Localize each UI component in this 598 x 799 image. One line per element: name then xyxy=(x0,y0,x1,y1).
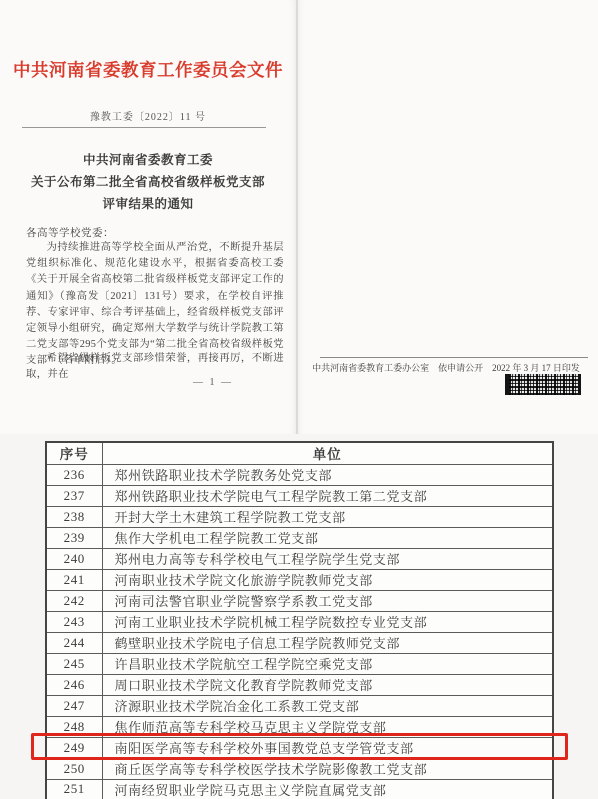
row-unit: 焦作大学机电工程学院教工党支部 xyxy=(102,527,553,548)
row-no: 242 xyxy=(46,590,102,611)
document-page-1: 中共河南省委教育工作委员会文件 豫教工委〔2022〕11 号 中共河南省委教育工… xyxy=(0,0,296,434)
row-unit: 商丘医学高等专科学校医学技术学院影像教工党支部 xyxy=(102,758,553,779)
document-number: 豫教工委〔2022〕11 号 xyxy=(0,108,296,123)
page1-paragraph-2: 希望省级样板党支部珍惜荣誉，再接再厉，不断进取，并在 xyxy=(26,351,284,383)
document-barcode xyxy=(505,374,581,395)
unit-list-table-section: 序号 单位 236郑州铁路职业技术学院教务处党支部 237郑州铁路职业技术学院电… xyxy=(45,441,554,799)
row-no: 248 xyxy=(46,716,102,737)
row-no: 240 xyxy=(46,548,102,569)
table-row: 239焦作大学机电工程学院教工党支部 xyxy=(46,527,553,548)
table-row: 242河南司法警官职业学院警察学系教工党支部 xyxy=(46,590,553,611)
row-no: 239 xyxy=(46,527,102,548)
table-row: 236郑州铁路职业技术学院教务处党支部 xyxy=(46,464,553,485)
table-row: 245许昌职业技术学院航空工程学院空乘党支部 xyxy=(46,653,553,674)
table-row: 243河南工业职业技术学院机械工程学院数控专业党支部 xyxy=(46,611,553,632)
row-unit: 开封大学土木建筑工程学院教工党支部 xyxy=(102,506,553,527)
row-no: 244 xyxy=(46,632,102,653)
row-no: 238 xyxy=(46,506,102,527)
header-rule xyxy=(22,127,266,128)
page2-footer: 中共河南省委教育工委办公室 依申请公开 2022 年 3 月 17 日印发 xyxy=(298,361,594,374)
row-unit: 南阳医学高等专科学校外事国教党总支学管党支部 xyxy=(102,737,553,758)
table-row: 244鹤壁职业技术学院电子信息工程学院教师党支部 xyxy=(46,632,553,653)
document-red-banner: 中共河南省委教育工作委员会文件 xyxy=(0,57,296,82)
table-row: 237郑州铁路职业技术学院电气工程学院教工第二党支部 xyxy=(46,485,553,506)
row-no: 247 xyxy=(46,695,102,716)
unit-table: 序号 单位 236郑州铁路职业技术学院教务处党支部 237郑州铁路职业技术学院电… xyxy=(45,441,554,799)
row-unit: 焦作师范高等专科学校马克思主义学院党支部 xyxy=(102,716,553,737)
row-unit: 济源职业技术学院冶金化工系教工党支部 xyxy=(102,695,553,716)
document-title: 中共河南省委教育工委 关于公布第二批全省高校省级样板党支部 评审结果的通知 xyxy=(0,149,296,215)
table-row: 240郑州电力高等专科学校电气工程学院学生党支部 xyxy=(46,548,553,569)
row-unit: 河南工业职业技术学院机械工程学院数控专业党支部 xyxy=(102,611,553,632)
row-unit: 河南经贸职业学院马克思主义学院直属党支部 xyxy=(102,779,553,799)
document-title-line1: 中共河南省委教育工委 xyxy=(0,149,296,171)
row-no: 236 xyxy=(46,464,102,485)
row-no: 237 xyxy=(46,485,102,506)
row-no: 241 xyxy=(46,569,102,590)
row-no: 249 xyxy=(46,737,102,758)
salutation: 各高等学校党委： xyxy=(26,225,114,240)
row-unit: 周口职业技术学院文化教育学院教师党支部 xyxy=(102,674,553,695)
table-row: 238开封大学土木建筑工程学院教工党支部 xyxy=(46,506,553,527)
document-title-line3: 评审结果的通知 xyxy=(0,193,296,215)
footer-rule xyxy=(320,357,588,358)
row-unit: 河南司法警官职业学院警察学系教工党支部 xyxy=(102,590,553,611)
table-row: 248焦作师范高等专科学校马克思主义学院党支部 xyxy=(46,716,553,737)
row-unit: 鹤壁职业技术学院电子信息工程学院教师党支部 xyxy=(102,632,553,653)
scanned-document-pages: 中共河南省委教育工作委员会文件 豫教工委〔2022〕11 号 中共河南省委教育工… xyxy=(0,0,598,434)
table-row: 246周口职业技术学院文化教育学院教师党支部 xyxy=(46,674,553,695)
row-unit: 河南职业技术学院文化旅游学院教师党支部 xyxy=(102,569,553,590)
row-unit: 郑州铁路职业技术学院电气工程学院教工第二党支部 xyxy=(102,485,553,506)
row-no: 245 xyxy=(46,653,102,674)
document-title-line2: 关于公布第二批全省高校省级样板党支部 xyxy=(0,171,296,193)
table-row-highlighted: 249南阳医学高等专科学校外事国教党总支学管党支部 xyxy=(46,737,553,758)
row-no: 243 xyxy=(46,611,102,632)
header-unit: 单位 xyxy=(102,442,553,464)
page1-number: — 1 — xyxy=(193,377,233,388)
header-no: 序号 xyxy=(46,442,102,464)
row-no: 250 xyxy=(46,758,102,779)
table-row: 250商丘医学高等专科学校医学技术学院影像教工党支部 xyxy=(46,758,553,779)
table-row: 247济源职业技术学院冶金化工系教工党支部 xyxy=(46,695,553,716)
row-no: 246 xyxy=(46,674,102,695)
table-row: 251河南经贸职业学院马克思主义学院直属党支部 xyxy=(46,779,553,799)
row-unit: 郑州铁路职业技术学院教务处党支部 xyxy=(102,464,553,485)
table-header-row: 序号 单位 xyxy=(46,442,553,464)
row-unit: 许昌职业技术学院航空工程学院空乘党支部 xyxy=(102,653,553,674)
table-row: 241河南职业技术学院文化旅游学院教师党支部 xyxy=(46,569,553,590)
row-unit: 郑州电力高等专科学校电气工程学院学生党支部 xyxy=(102,548,553,569)
row-no: 251 xyxy=(46,779,102,799)
